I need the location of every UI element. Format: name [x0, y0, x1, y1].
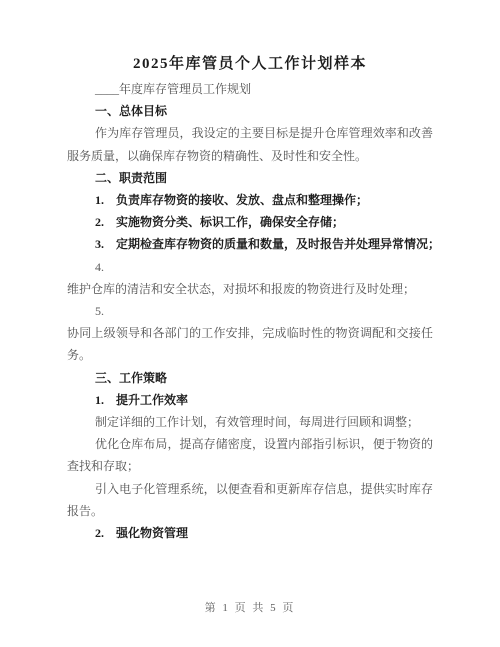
paragraph: 优化仓库布局，提高存储密度，设置内部指引标识，便于物资的查找和存取；: [67, 433, 433, 477]
list-item: 1. 提升工作效率: [67, 389, 433, 411]
list-item: 2. 强化物资管理: [67, 522, 433, 544]
list-number: 5.: [67, 300, 433, 322]
paragraph: 制定详细的工作计划，有效管理时间，每周进行回顾和调整；: [67, 411, 433, 433]
list-item: 1. 负责库存物资的接收、发放、盘点和整理操作；: [67, 189, 433, 211]
section-heading-2: 二、职责范围: [67, 167, 433, 189]
page-number-footer: 第 1 页 共 5 页: [0, 597, 500, 619]
list-item: 3. 定期检查库存物资的质量和数量，及时报告并处理异常情况；: [67, 233, 433, 255]
paragraph: 作为库存管理员，我设定的主要目标是提升仓库管理效率和改善服务质量，以确保库存物资…: [67, 122, 433, 166]
list-number: 4.: [67, 256, 433, 278]
paragraph: 协同上级领导和各部门的工作安排，完成临时性的物资调配和交接任务。: [67, 322, 433, 366]
list-item: 2. 实施物资分类、标识工作，确保安全存储；: [67, 211, 433, 233]
document-subtitle: ____年度库存管理员工作规划: [67, 78, 433, 100]
document-content: 2025年库管员个人工作计划样本 ____年度库存管理员工作规划 一、总体目标 …: [67, 50, 433, 544]
section-heading-3: 三、工作策略: [67, 367, 433, 389]
section-heading-1: 一、总体目标: [67, 100, 433, 122]
document-page: 2025年库管员个人工作计划样本 ____年度库存管理员工作规划 一、总体目标 …: [0, 0, 500, 647]
paragraph: 维护仓库的清洁和安全状态，对损坏和报废的物资进行及时处理；: [67, 278, 433, 300]
document-title: 2025年库管员个人工作计划样本: [67, 50, 433, 78]
paragraph: 引入电子化管理系统，以便查看和更新库存信息，提供实时库存报告。: [67, 478, 433, 522]
